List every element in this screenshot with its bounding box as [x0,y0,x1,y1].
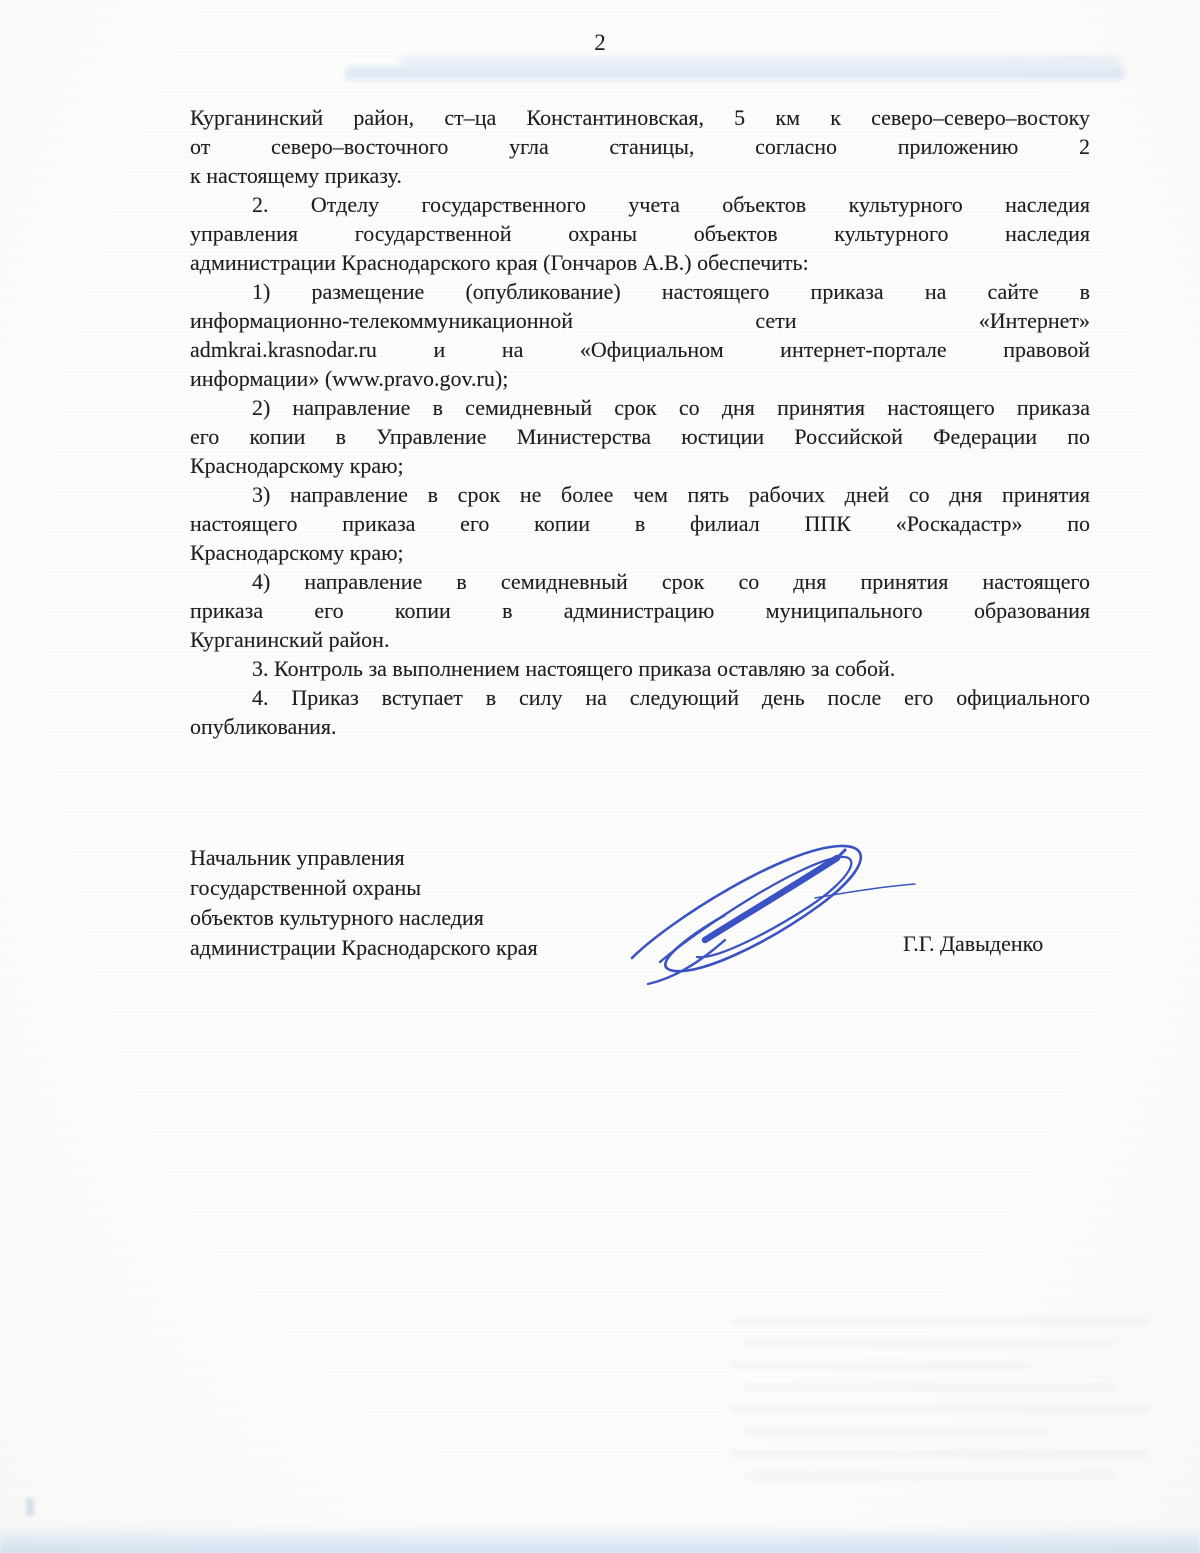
scan-artifact-band [400,56,1120,65]
scan-artifact-band [0,1525,1200,1553]
document-line: 4. Приказ вступает в силу на следующий д… [190,683,1090,712]
paragraph: 3) направление в срок не более чем пять … [190,480,1090,567]
document-line: настоящего приказа его копии в филиал ПП… [190,509,1090,538]
document-page: 2 Курганинский район, ст–ца Константинов… [0,0,1200,1553]
paragraph: Курганинский район, ст–ца Константиновск… [190,103,1090,190]
document-line: Курганинский район, ст–ца Константиновск… [190,103,1090,132]
document-line: опубликования. [190,712,1090,741]
document-line: 2) направление в семидневный срок со дня… [190,393,1090,422]
document-line: 4) направление в семидневный срок со дня… [190,567,1090,596]
document-line: администрации Краснодарского края (Гонча… [190,248,1090,277]
document-line: Курганинский район. [190,625,1090,654]
document-line: информационно-телекоммуникационной сети … [190,306,1090,335]
signatory-position-line: Начальник управления [190,843,660,873]
document-line: приказа его копии в администрацию муници… [190,596,1090,625]
document-line: admkrai.krasnodar.ru и на «Официальном и… [190,335,1090,364]
document-line: информации» (www.pravo.gov.ru); [190,364,1090,393]
signatory-position: Начальник управления государственной охр… [190,843,660,963]
paragraph: 1) размещение (опубликование) настоящего… [190,277,1090,393]
document-line: его копии в Управление Министерства юсти… [190,422,1090,451]
scan-artifact-band [345,66,1125,80]
document-line: управления государственной охраны объект… [190,219,1090,248]
paragraph: 2. Отделу государственного учета объекто… [190,190,1090,277]
document-line: от северо–восточного угла станицы, согла… [190,132,1090,161]
scan-artifact-mark [26,1498,34,1516]
page-number: 2 [0,30,1200,56]
document-line: Краснодарскому краю; [190,451,1090,480]
handwritten-signature [615,840,925,988]
document-line: 1) размещение (опубликование) настоящего… [190,277,1090,306]
paragraph: 2) направление в семидневный срок со дня… [190,393,1090,480]
document-line: 3) направление в срок не более чем пять … [190,480,1090,509]
paragraph: 4) направление в семидневный срок со дня… [190,567,1090,654]
document-line: 2. Отделу государственного учета объекто… [190,190,1090,219]
signatory-position-line: объектов культурного наследия [190,903,660,933]
signatory-position-line: администрации Краснодарского края [190,933,660,963]
document-line: Краснодарскому краю; [190,538,1090,567]
signatory-name: Г.Г. Давыденко [903,931,1043,957]
signature-stroke [705,858,837,940]
scan-bleedthrough-text [730,1318,1150,1508]
document-body: Курганинский район, ст–ца Константиновск… [190,103,1090,741]
paragraph: 3. Контроль за выполнением настоящего пр… [190,654,1090,683]
document-line: 3. Контроль за выполнением настоящего пр… [190,654,1090,683]
signatory-position-line: государственной охраны [190,873,660,903]
document-line: к настоящему приказу. [190,161,1090,190]
paragraph: 4. Приказ вступает в силу на следующий д… [190,683,1090,741]
